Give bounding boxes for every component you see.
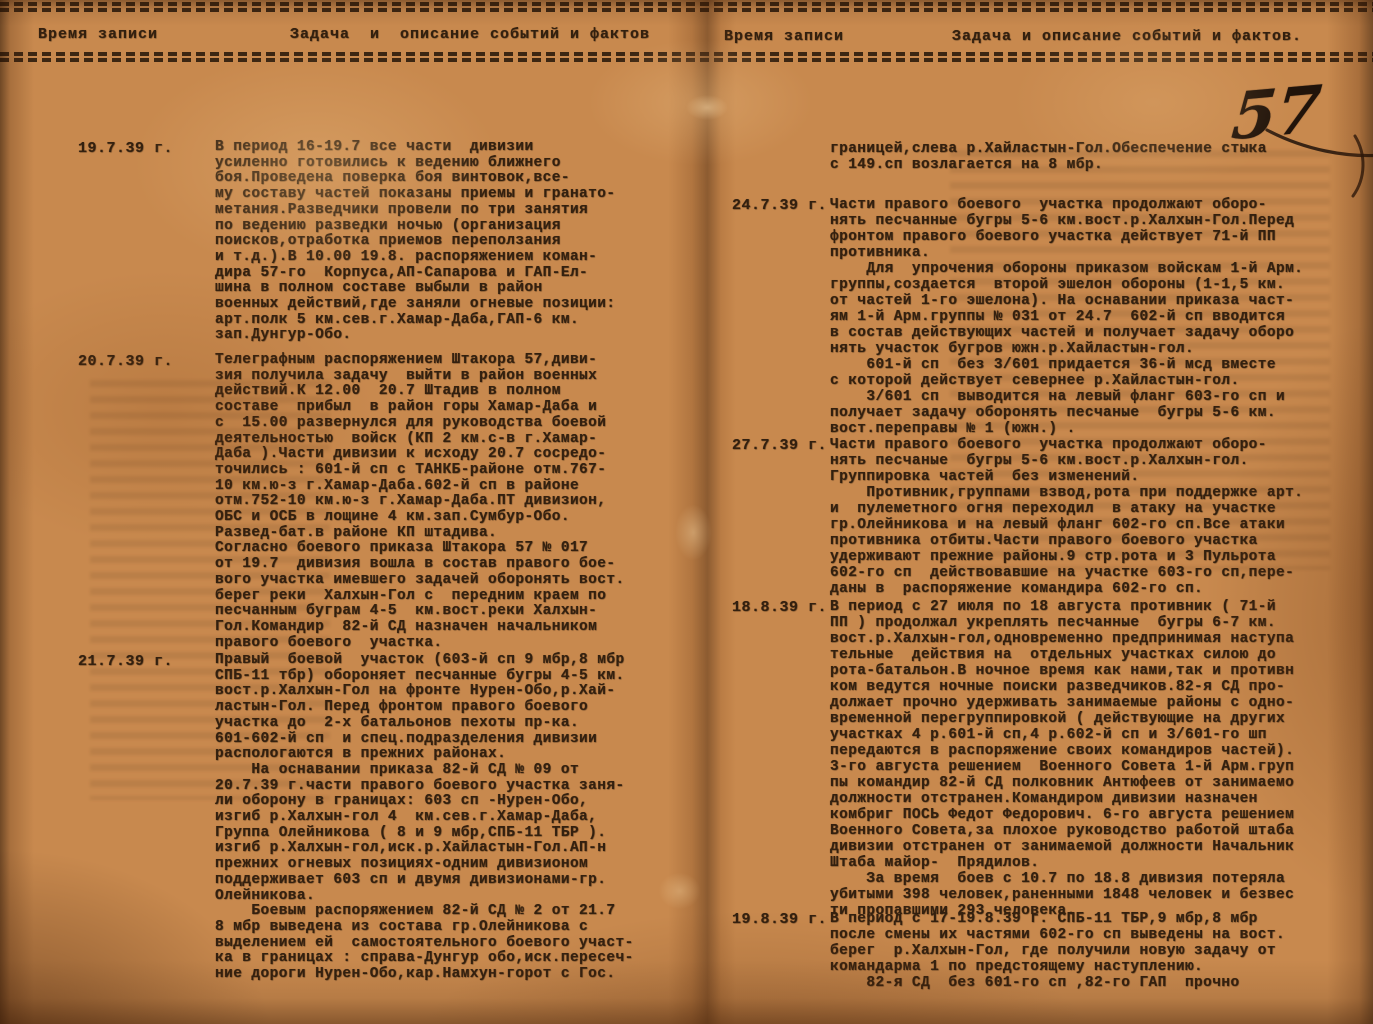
entry-text: Телеграфным распоряжением Штакора 57,див…	[215, 353, 693, 651]
left-page: 19.7.39 г. В период 16-19.7 все части ди…	[0, 0, 690, 1024]
entry-text: Части правого боевого участка продолжают…	[830, 437, 1370, 597]
right-page: границей,слева р.Хайластын-Гол.Обеспечен…	[690, 0, 1373, 1024]
handwritten-page-number: 57	[1229, 72, 1324, 156]
scanned-war-diary-page: Время записи Задача и описание событий и…	[0, 0, 1373, 1024]
entry-date: 21.7.39 г.	[78, 653, 218, 670]
entry-text: Правый боевой участок (603-й сп 9 мбр,8 …	[215, 653, 693, 983]
entry-text: В период с 17-19.8.39 г. СПБ-11 ТБР,9 мб…	[830, 911, 1370, 991]
entry-text: В период с 27 июля по 18 августа противн…	[830, 599, 1370, 919]
entry-text: Части правого боевого участка продолжают…	[830, 197, 1370, 437]
entry-date: 19.7.39 г.	[78, 140, 218, 157]
entry-text: В период 16-19.7 все части дивизии усиле…	[215, 140, 693, 344]
entry-date: 20.7.39 г.	[78, 353, 218, 370]
